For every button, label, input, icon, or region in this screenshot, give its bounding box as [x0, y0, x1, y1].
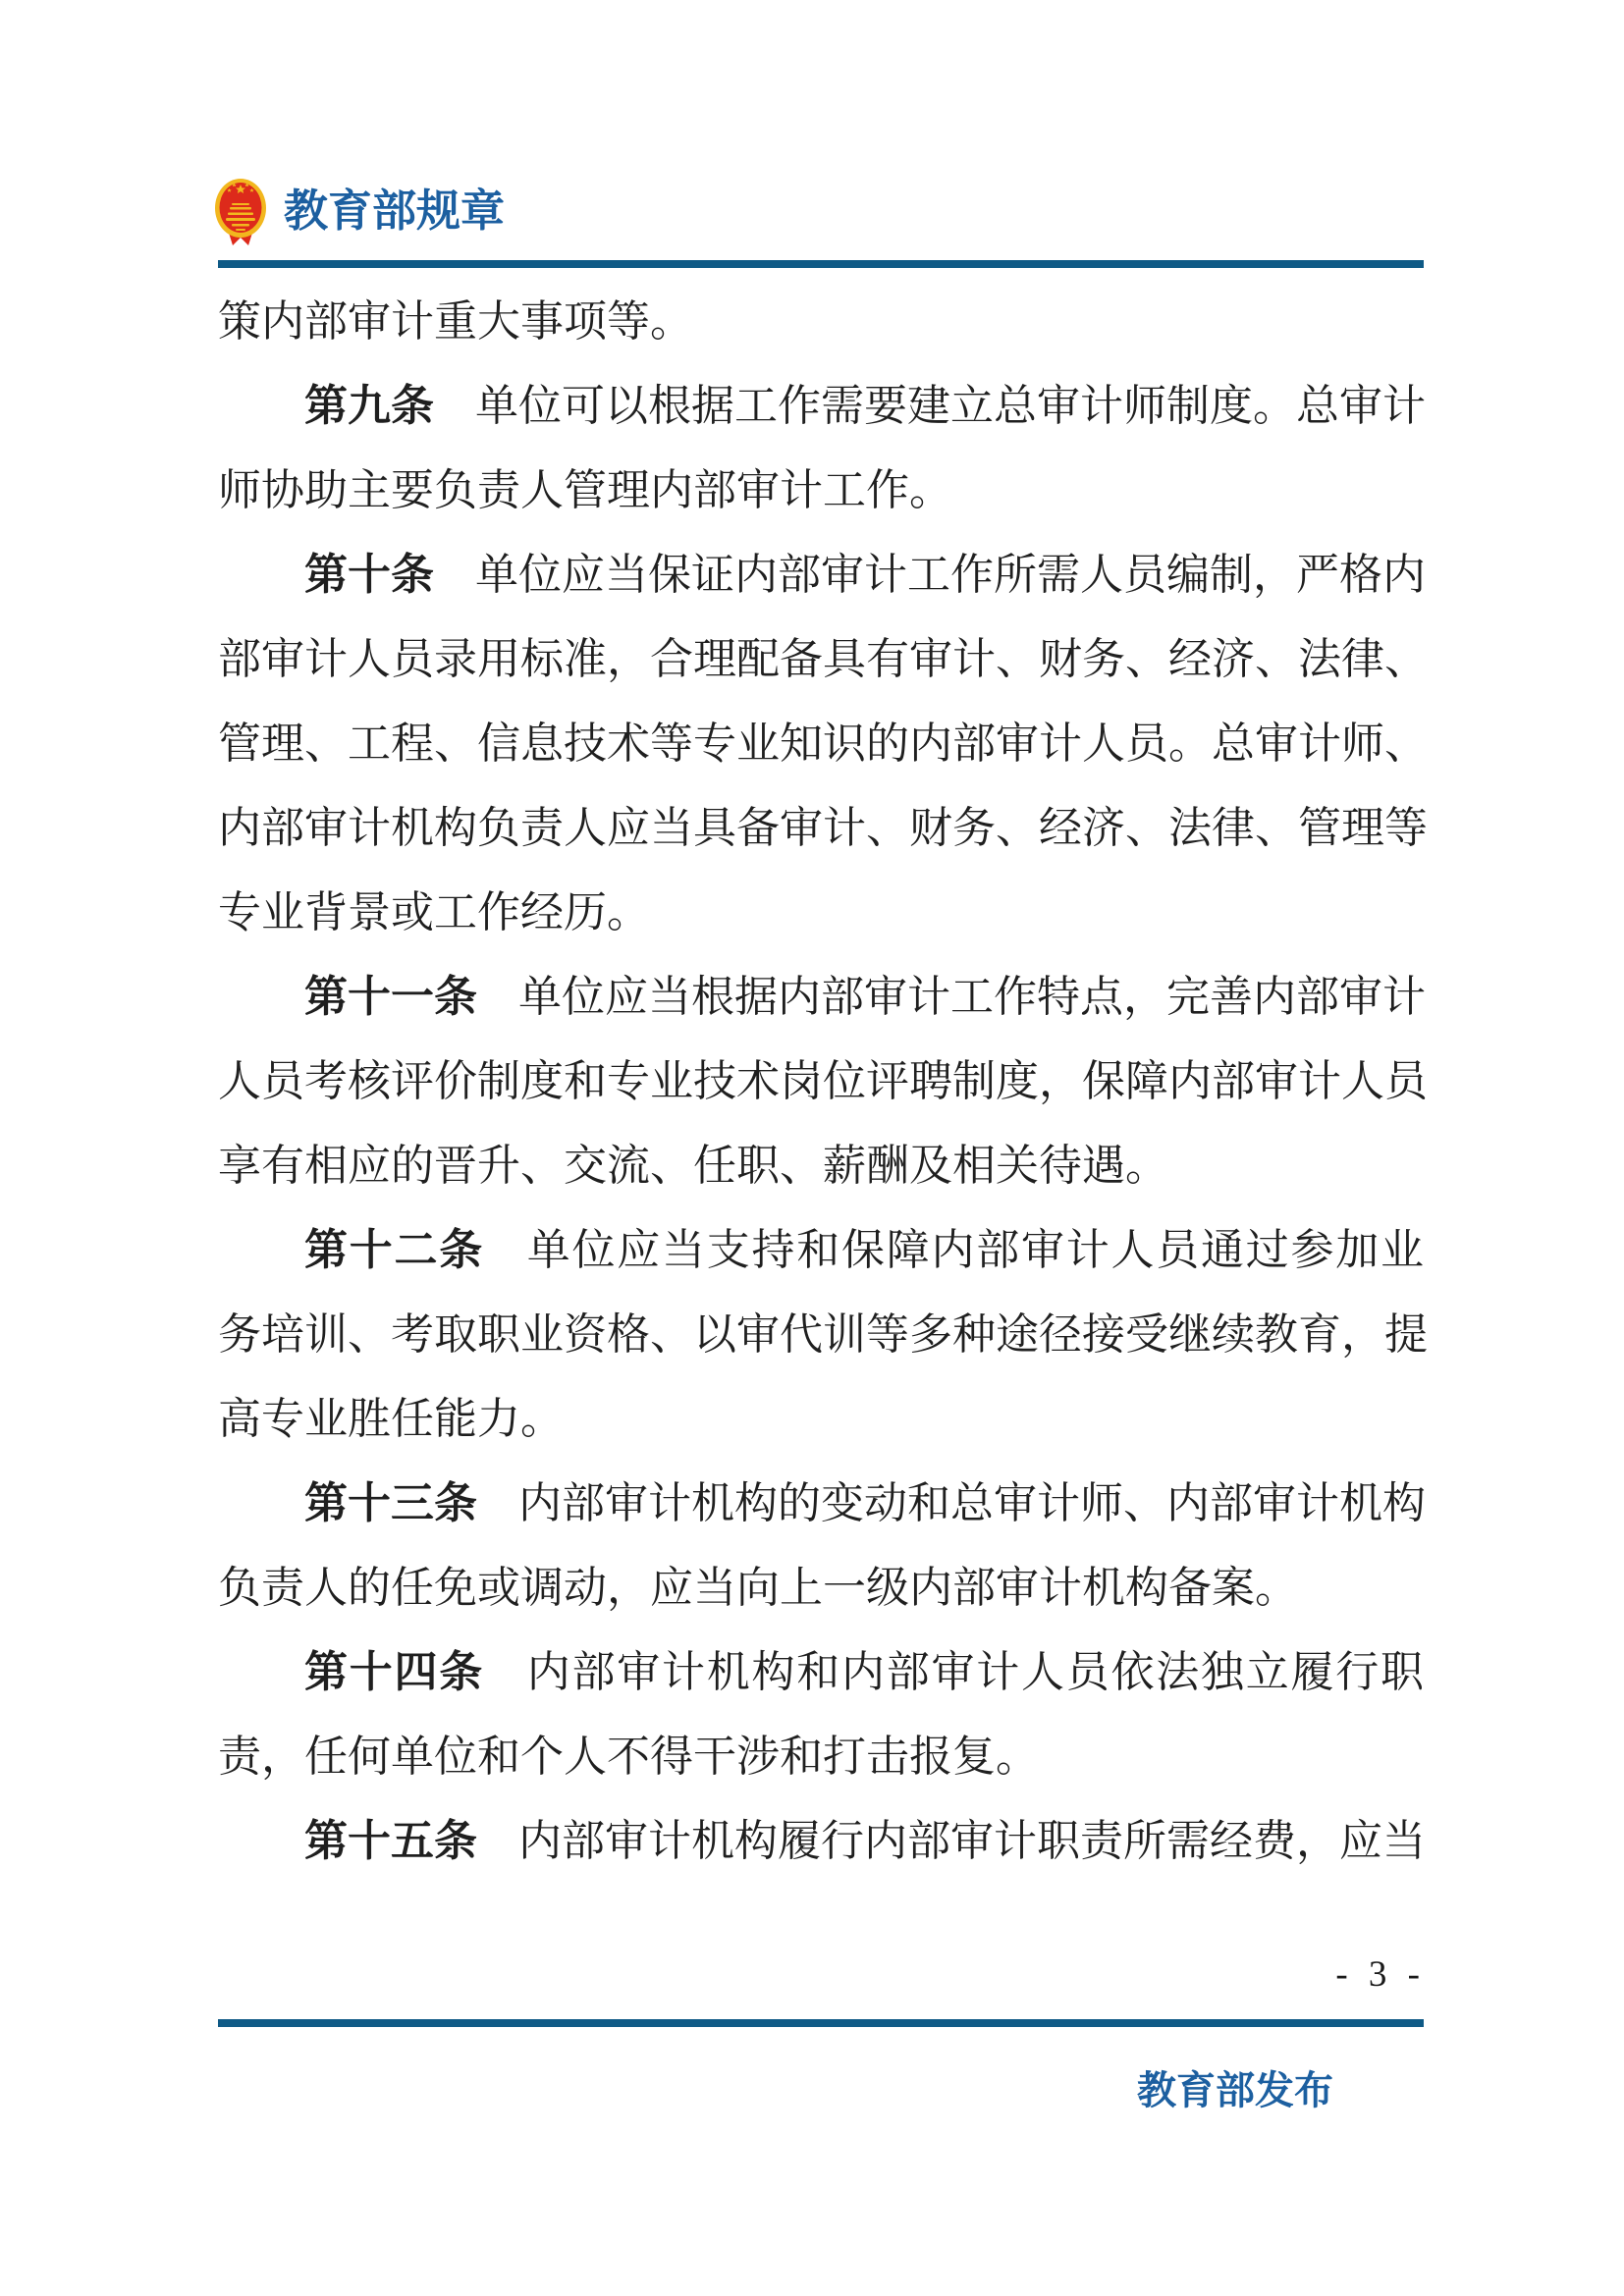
text-line: 第十二条单位应当支持和保障内部审计人员通过参加业	[218, 1208, 1424, 1293]
text-line: 第十条单位应当保证内部审计工作所需人员编制，严格内	[218, 533, 1424, 617]
line-text: 单位应当保证内部审计工作所需人员编制，严格内	[475, 551, 1426, 599]
page: 教育部规章 策内部审计重大事项等。第九条单位可以根据工作需要建立总审计师制度。总…	[0, 0, 1624, 2296]
footer-rule	[218, 2019, 1424, 2027]
line-text: 责，任何单位和个人不得干涉和打击报复。	[218, 1733, 1039, 1781]
article-number: 第十条	[304, 551, 434, 599]
national-emblem-icon	[213, 177, 268, 245]
line-text: 单位可以根据工作需要建立总审计师制度。总审计	[475, 382, 1426, 430]
text-line: 务培训、考取职业资格、以审代训等多种途径接受继续教育，提	[218, 1293, 1424, 1377]
text-line: 人员考核评价制度和专业技术岗位评聘制度，保障内部审计人员	[218, 1040, 1424, 1124]
line-text: 高专业胜任能力。	[218, 1395, 564, 1443]
line-text: 管理、工程、信息技术等专业知识的内部审计人员。总审计师、	[218, 720, 1428, 768]
line-text: 部审计人员录用标准，合理配备具有审计、财务、经济、法律、	[218, 635, 1428, 683]
article-number: 第十一条	[304, 973, 477, 1021]
text-line: 第十四条内部审计机构和内部审计人员依法独立履行职	[218, 1630, 1424, 1715]
line-text: 内部审计机构的变动和总审计师、内部审计机构	[518, 1479, 1426, 1527]
line-text: 单位应当根据内部审计工作特点，完善内部审计	[518, 973, 1426, 1021]
publisher-label: 教育部发布	[1137, 2059, 1333, 2115]
article-number: 第十三条	[304, 1479, 477, 1527]
text-line: 部审计人员录用标准，合理配备具有审计、财务、经济、法律、	[218, 617, 1424, 702]
line-text: 单位应当支持和保障内部审计人员通过参加业	[525, 1226, 1424, 1274]
line-text: 内部审计机构和内部审计人员依法独立履行职	[525, 1648, 1424, 1696]
line-text: 内部审计机构履行内部审计职责所需经费，应当	[518, 1817, 1426, 1865]
article-number: 第十四条	[304, 1648, 484, 1696]
text-line: 责，任何单位和个人不得干涉和打击报复。	[218, 1715, 1424, 1799]
line-text: 师协助主要负责人管理内部审计工作。	[218, 466, 952, 514]
text-line: 第十一条单位应当根据内部审计工作特点，完善内部审计	[218, 955, 1424, 1040]
line-text: 专业背景或工作经历。	[218, 888, 650, 936]
text-line: 策内部审计重大事项等。	[218, 280, 1424, 364]
text-line: 专业背景或工作经历。	[218, 871, 1424, 955]
header: 教育部规章	[213, 175, 505, 247]
page-title: 教育部规章	[284, 177, 505, 245]
line-text: 务培训、考取职业资格、以审代训等多种途径接受继续教育，提	[218, 1310, 1428, 1359]
article-number: 第十二条	[304, 1226, 484, 1274]
line-text: 人员考核评价制度和专业技术岗位评聘制度，保障内部审计人员	[218, 1057, 1428, 1105]
text-line: 高专业胜任能力。	[218, 1377, 1424, 1462]
line-text: 负责人的任免或调动，应当向上一级内部审计机构备案。	[218, 1564, 1298, 1612]
text-line: 第十三条内部审计机构的变动和总审计师、内部审计机构	[218, 1462, 1424, 1546]
header-rule	[218, 260, 1424, 268]
article-number: 第九条	[304, 382, 434, 430]
text-line: 管理、工程、信息技术等专业知识的内部审计人员。总审计师、	[218, 702, 1424, 786]
text-line: 享有相应的晋升、交流、任职、薪酬及相关待遇。	[218, 1124, 1424, 1208]
text-line: 师协助主要负责人管理内部审计工作。	[218, 449, 1424, 533]
text-line: 第十五条内部审计机构履行内部审计职责所需经费，应当	[218, 1799, 1424, 1884]
body-text: 策内部审计重大事项等。第九条单位可以根据工作需要建立总审计师制度。总审计师协助主…	[218, 280, 1424, 1884]
line-text: 内部审计机构负责人应当具备审计、财务、经济、法律、管理等	[218, 804, 1428, 852]
text-line: 第九条单位可以根据工作需要建立总审计师制度。总审计	[218, 364, 1424, 449]
text-line: 负责人的任免或调动，应当向上一级内部审计机构备案。	[218, 1546, 1424, 1630]
page-number: - 3 -	[1335, 1953, 1426, 1996]
article-number: 第十五条	[304, 1817, 477, 1865]
text-line: 内部审计机构负责人应当具备审计、财务、经济、法律、管理等	[218, 786, 1424, 871]
line-text: 享有相应的晋升、交流、任职、薪酬及相关待遇。	[218, 1142, 1168, 1190]
line-text: 策内部审计重大事项等。	[218, 297, 693, 346]
